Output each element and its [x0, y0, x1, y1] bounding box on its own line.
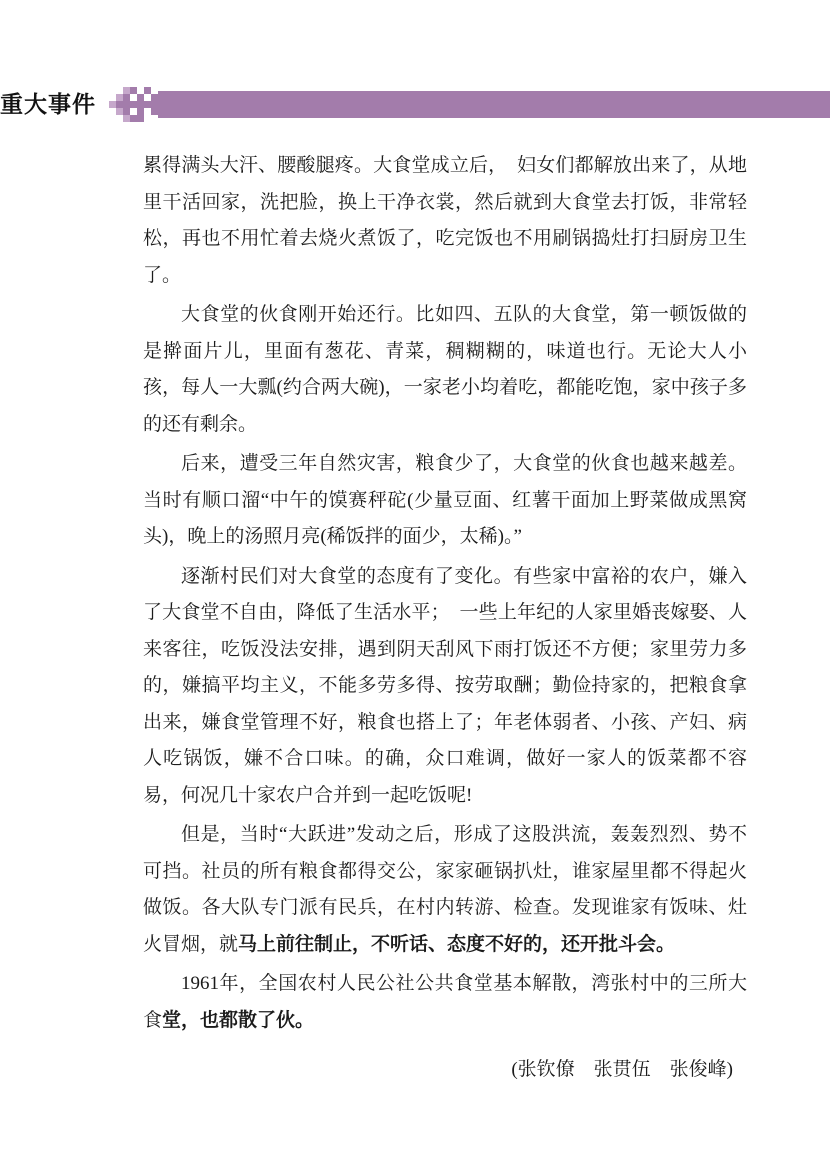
paragraph-text: 后来，遭受三年自然灾害，粮食少了，大食堂的伙食也越来越差。当时有顺口溜“中午的馍…	[143, 453, 747, 547]
pixel-checker-icon	[109, 87, 158, 122]
paragraph: 后来，遭受三年自然灾害，粮食少了，大食堂的伙食也越来越差。当时有顺口溜“中午的馍…	[143, 446, 747, 556]
paragraph: 大食堂的伙食刚开始还行。比如四、五队的大食堂，第一顿饭做的是擀面片儿，里面有葱花…	[143, 297, 747, 443]
paragraph-text: 大食堂的伙食刚开始还行。比如四、五队的大食堂，第一顿饭做的是擀面片儿，里面有葱花…	[143, 304, 747, 435]
paragraph-text-bold: 堂，也都散了伙。	[162, 1010, 314, 1031]
paragraph: 累得满头大汗、腰酸腿疼。大食堂成立后， 妇女们都解放出来了，从地里干活回家，洗把…	[143, 148, 747, 294]
book-page: 重大事件 累得满头大汗、腰酸腿疼。大食堂	[0, 0, 830, 1155]
page-header-title: 重大事件	[0, 93, 96, 116]
header-accent-bar	[158, 91, 830, 118]
byline-authors: (张钦僚 张贯伍 张俊峰)	[143, 1055, 747, 1085]
page-header: 重大事件	[0, 86, 830, 122]
paragraph: 1961年，全国农村人民公社公共食堂基本解散，湾张村中的三所大食堂，也都散了伙。	[143, 966, 747, 1039]
paragraph-text-bold: 马上前往制止，不听话、态度不好的，还开批斗会。	[238, 934, 675, 955]
paragraph: 逐渐村民们对大食堂的态度有了变化。有些家中富裕的农户，嫌入了大食堂不自由，降低了…	[143, 559, 747, 815]
paragraph-text: 累得满头大汗、腰酸腿疼。大食堂成立后， 妇女们都解放出来了，从地里干活回家，洗把…	[143, 155, 747, 286]
paragraph: 但是，当时“大跃进”发动之后，形成了这股洪流，轰轰烈烈、势不可挡。社员的所有粮食…	[143, 817, 747, 963]
article-body: 累得满头大汗、腰酸腿疼。大食堂成立后， 妇女们都解放出来了，从地里干活回家，洗把…	[143, 148, 747, 1085]
paragraph-text: 逐渐村民们对大食堂的态度有了变化。有些家中富裕的农户，嫌入了大食堂不自由，降低了…	[143, 566, 747, 806]
